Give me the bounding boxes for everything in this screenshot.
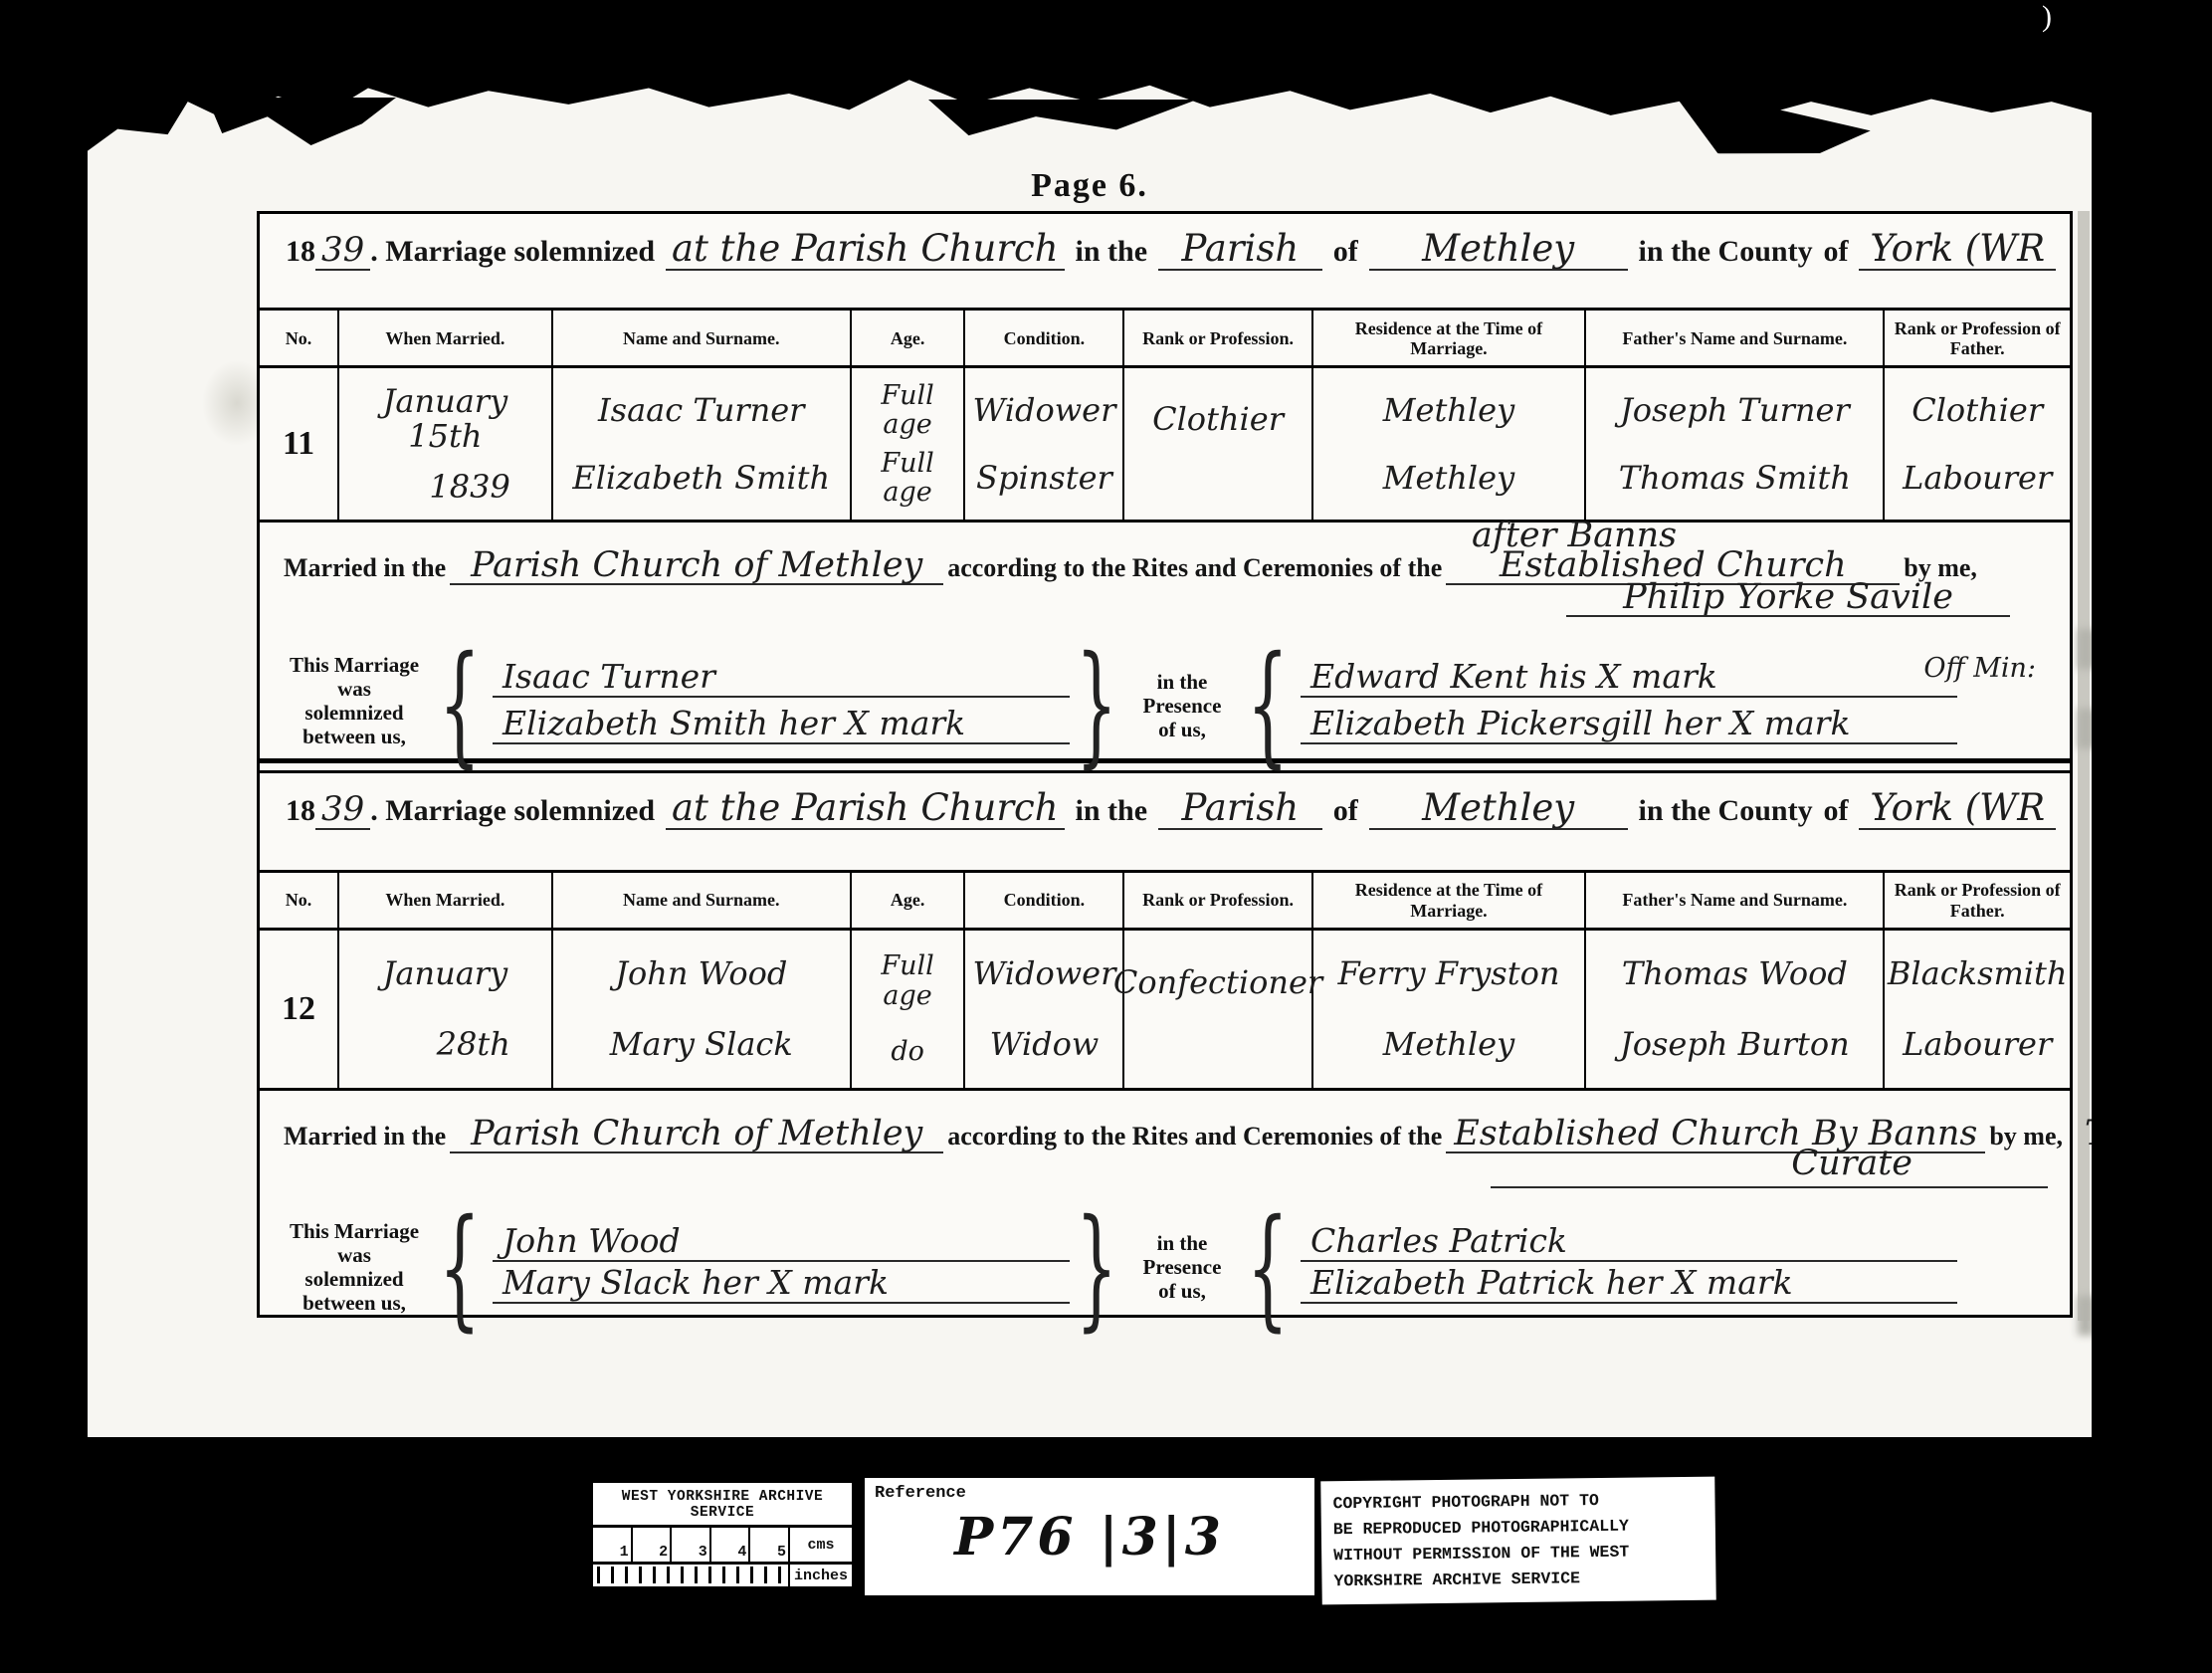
- label-line: solemnized: [276, 1267, 433, 1291]
- couple-signatures: Isaac Turner Elizabeth Smith her X mark: [487, 653, 1070, 758]
- page-number-label: Page 6.: [88, 167, 2092, 205]
- place-handwritten: at the Parish Church: [666, 789, 1065, 830]
- bleed-smudge: [2078, 709, 2094, 748]
- when-married-line2: 28th: [437, 1027, 510, 1062]
- groom-condition: Widower: [972, 393, 1115, 428]
- when-married-line1: January 15th: [343, 384, 547, 454]
- record-11-married-line: Married in the Parish Church of Methley …: [260, 523, 2070, 646]
- condition-cell: Widower Widow: [965, 931, 1124, 1088]
- in-the-label: in the: [1076, 235, 1148, 269]
- brace-open: {: [433, 600, 487, 811]
- year-prefix: 18: [286, 794, 315, 828]
- father-rank-cell: Clothier Labourer: [1885, 368, 2070, 520]
- officiant-title: Off Min:: [1923, 653, 2036, 684]
- column-header-residence: Residence at the Time of Marriage.: [1313, 873, 1587, 928]
- names-cell: Isaac Turner Elizabeth Smith: [553, 368, 852, 520]
- bride-name: Mary Slack: [610, 1027, 793, 1062]
- bride-age: do: [891, 1037, 924, 1067]
- groom-signature: Isaac Turner: [493, 658, 1070, 698]
- record-divider-rule: [260, 758, 2070, 773]
- label-line: in the: [1123, 670, 1241, 694]
- this-marriage-label: This Marriage was solemnized between us,: [276, 1219, 433, 1315]
- label-line: This Marriage: [276, 1219, 433, 1243]
- reference-caption: Reference: [875, 1484, 1305, 1503]
- record-12-signatures: This Marriage was solemnized between us,…: [260, 1213, 2070, 1315]
- residence-cell: Methley Methley: [1313, 368, 1587, 520]
- bride-residence: Methley: [1383, 1027, 1514, 1062]
- label-line: Presence: [1123, 694, 1241, 718]
- reference-label: Reference P76 |3|3: [862, 1475, 1317, 1598]
- presence-label: in the Presence of us,: [1123, 653, 1241, 758]
- married-place-handwritten: Parish Church of Methley: [450, 548, 943, 585]
- brace-open: {: [1241, 600, 1295, 811]
- cm-tick: 3: [672, 1528, 711, 1562]
- groom-name: Isaac Turner: [598, 393, 804, 428]
- bride-father-rank: Labourer: [1903, 461, 2052, 496]
- cm-tick: 2: [633, 1528, 673, 1562]
- rank-cell: Confectioner: [1124, 931, 1312, 1088]
- when-married-line2: 1839: [429, 470, 509, 505]
- column-header-rank: Rank or Profession.: [1124, 873, 1312, 928]
- county-handwritten: York (WR: [1859, 789, 2056, 830]
- by-me-label: by me,: [1989, 1122, 2063, 1150]
- cms-unit-label: cms: [790, 1528, 852, 1562]
- when-married-cell: January 15th 1839: [339, 368, 553, 520]
- bleed-smudge: [2078, 629, 2094, 669]
- cm-tick: 1: [593, 1528, 633, 1562]
- groom-residence: Methley: [1383, 393, 1514, 428]
- column-header-residence: Residence at the Time of Marriage.: [1313, 311, 1587, 365]
- brace-close: }: [1070, 1171, 1123, 1362]
- officiant-signature: Philip Yorke Savile: [1566, 580, 2010, 617]
- record-11-row: 11 January 15th 1839 Isaac Turner Elizab…: [260, 368, 2070, 523]
- rank-cell: Clothier: [1124, 368, 1312, 520]
- bride-condition: Spinster: [976, 461, 1112, 496]
- parish-name-handwritten: Methley: [1369, 230, 1628, 271]
- groom-name: John Wood: [615, 956, 787, 991]
- married-place-handwritten: Parish Church of Methley: [450, 1117, 943, 1153]
- groom-father: Joseph Turner: [1620, 393, 1850, 428]
- father-rank-cell: Blacksmith Labourer: [1885, 931, 2070, 1088]
- married-in-the-label: Married in the: [284, 553, 446, 582]
- officiant-signature-line: [1491, 1186, 2048, 1188]
- groom-rank: Clothier: [1152, 402, 1284, 437]
- cm-tick: 4: [711, 1528, 751, 1562]
- brace-open: {: [1241, 1171, 1295, 1362]
- year-prefix: 18: [286, 235, 315, 269]
- bride-condition: Widow: [990, 1027, 1100, 1062]
- groom-signature: John Wood: [493, 1222, 1070, 1262]
- entry-number: 12: [260, 931, 339, 1088]
- column-header-father-rank: Rank or Profession of Father.: [1885, 311, 2070, 365]
- bride-age: Full age: [856, 449, 960, 508]
- father-name-cell: Thomas Wood Joseph Burton: [1586, 931, 1885, 1088]
- archive-service-title: WEST YORKSHIRE ARCHIVE SERVICE: [593, 1483, 852, 1528]
- marriage-solemnized-label: . Marriage solemnized: [370, 794, 655, 828]
- of-label: of: [1824, 794, 1849, 828]
- bride-name: Elizabeth Smith: [572, 461, 830, 496]
- inch-ticks: [597, 1567, 784, 1583]
- bride-father: Joseph Burton: [1620, 1027, 1850, 1062]
- column-header-when-married: When Married.: [339, 873, 553, 928]
- age-cell: Full age do: [852, 931, 966, 1088]
- groom-residence: Ferry Fryston: [1337, 956, 1559, 991]
- county-label: in the County: [1639, 235, 1813, 269]
- label-line: of us,: [1123, 718, 1241, 741]
- column-header-name-surname: Name and Surname.: [553, 873, 852, 928]
- groom-father: Thomas Wood: [1622, 956, 1848, 991]
- witness-signatures: Charles Patrick Elizabeth Patrick her X …: [1295, 1219, 1957, 1315]
- witness-signatures: Edward Kent his X mark Elizabeth Pickers…: [1295, 653, 1957, 758]
- condition-cell: Widower Spinster: [965, 368, 1124, 520]
- page-edge-shadow: [2078, 211, 2090, 1321]
- record-12-row: 12 January 28th John Wood Mary Slack Ful…: [260, 931, 2070, 1091]
- groom-father-rank: Clothier: [1911, 393, 2043, 428]
- county-handwritten: York (WR: [1859, 230, 2056, 271]
- label-line: between us,: [276, 725, 433, 748]
- this-marriage-label: This Marriage was solemnized between us,: [276, 653, 433, 758]
- officiant-title: Curate: [1783, 1147, 1920, 1181]
- bleed-smudge: [2078, 1296, 2094, 1336]
- copyright-notice: COPYRIGHT PHOTOGRAPH NOT TO BE REPRODUCE…: [1320, 1477, 1715, 1605]
- column-header-rank: Rank or Profession.: [1124, 311, 1312, 365]
- inch-ruler: inches: [593, 1565, 852, 1586]
- register-page-scan: Page 6. 1839. Marriage solemnized at the…: [88, 72, 2092, 1437]
- table-header-row: No. When Married. Name and Surname. Age.…: [260, 870, 2070, 931]
- presence-label: in the Presence of us,: [1123, 1219, 1241, 1315]
- bride-father-rank: Labourer: [1903, 1027, 2052, 1062]
- column-header-no: No.: [260, 873, 339, 928]
- of-label: of: [1333, 794, 1358, 828]
- label-line: was: [276, 1243, 433, 1267]
- married-in-the-label: Married in the: [284, 1122, 446, 1150]
- column-header-no: No.: [260, 311, 339, 365]
- when-married-cell: January 28th: [339, 931, 553, 1088]
- label-line: solemnized: [276, 701, 433, 725]
- bride-father: Thomas Smith: [1619, 461, 1851, 496]
- column-header-age: Age.: [852, 873, 966, 928]
- label-line: of us,: [1123, 1279, 1241, 1303]
- marriage-solemnized-label: . Marriage solemnized: [370, 235, 655, 269]
- reference-number-handwritten: P76 |3|3: [875, 1507, 1305, 1568]
- county-label: in the County: [1639, 794, 1813, 828]
- record-11-signatures: This Marriage was solemnized between us,…: [260, 647, 2070, 758]
- witness-1-signature: Edward Kent his X mark: [1301, 658, 1957, 698]
- cm-ruler: 1 2 3 4 5 cms: [593, 1528, 852, 1565]
- couple-signatures: John Wood Mary Slack her X mark: [487, 1219, 1070, 1315]
- groom-age: Full age: [856, 951, 960, 1010]
- label-line: in the: [1123, 1231, 1241, 1255]
- year-handwritten: 39: [315, 233, 370, 271]
- when-married-line1: January: [383, 956, 508, 991]
- copyright-line: YORKSHIRE ARCHIVE SERVICE: [1333, 1565, 1704, 1595]
- column-header-father: Father's Name and Surname.: [1586, 311, 1885, 365]
- bride-residence: Methley: [1383, 461, 1514, 496]
- column-header-father: Father's Name and Surname.: [1586, 873, 1885, 928]
- cm-tick: 5: [750, 1528, 790, 1562]
- rites-label: according to the Rites and Ceremonies of…: [947, 1122, 1442, 1150]
- residence-cell: Ferry Fryston Methley: [1313, 931, 1587, 1088]
- column-header-when-married: When Married.: [339, 311, 553, 365]
- parish-word-handwritten: Parish: [1158, 230, 1322, 271]
- label-line: Presence: [1123, 1255, 1241, 1279]
- officiant-signature: Thos. B. Lumb: [2077, 1117, 2212, 1151]
- groom-father-rank: Blacksmith: [1888, 956, 2068, 991]
- bride-signature: Elizabeth Smith her X mark: [493, 705, 1070, 744]
- archive-service-label: WEST YORKSHIRE ARCHIVE SERVICE 1 2 3 4 5…: [589, 1479, 856, 1590]
- banns-note-handwritten: after Banns: [1464, 519, 1685, 553]
- entry-number: 11: [260, 368, 339, 520]
- witness-1-signature: Charles Patrick: [1301, 1222, 1957, 1262]
- brace-close: }: [1070, 600, 1123, 811]
- label-line: This Marriage: [276, 653, 433, 677]
- age-cell: Full age Full age: [852, 368, 966, 520]
- column-header-age: Age.: [852, 311, 966, 365]
- column-header-father-rank: Rank or Profession of Father.: [1885, 873, 2070, 928]
- names-cell: John Wood Mary Slack: [553, 931, 852, 1088]
- record-12-header-line: 1839. Marriage solemnized at the Parish …: [260, 773, 2070, 870]
- record-11-header-line: 1839. Marriage solemnized at the Parish …: [260, 214, 2070, 308]
- father-name-cell: Joseph Turner Thomas Smith: [1586, 368, 1885, 520]
- witness-2-signature: Elizabeth Pickersgill her X mark: [1301, 705, 1957, 744]
- place-handwritten: at the Parish Church: [666, 230, 1065, 271]
- inches-unit-label: inches: [790, 1565, 852, 1586]
- marriage-register-box: 1839. Marriage solemnized at the Parish …: [257, 211, 2073, 1318]
- label-line: was: [276, 677, 433, 701]
- groom-condition: Widower: [972, 956, 1115, 991]
- witness-2-signature: Elizabeth Patrick her X mark: [1301, 1264, 1957, 1304]
- column-header-condition: Condition.: [965, 873, 1124, 928]
- of-label: of: [1333, 235, 1358, 269]
- column-header-name-surname: Name and Surname.: [553, 311, 852, 365]
- column-header-condition: Condition.: [965, 311, 1124, 365]
- table-header-row: No. When Married. Name and Surname. Age.…: [260, 308, 2070, 368]
- record-12-married-line: Married in the Parish Church of Methley …: [260, 1091, 2070, 1213]
- groom-rank: Confectioner: [1113, 965, 1322, 1000]
- year-handwritten: 39: [315, 792, 370, 830]
- stray-paren-mark: ): [2042, 0, 2052, 34]
- label-line: between us,: [276, 1291, 433, 1315]
- of-label: of: [1824, 235, 1849, 269]
- groom-age: Full age: [856, 381, 960, 440]
- bride-signature: Mary Slack her X mark: [493, 1264, 1070, 1304]
- parish-name-handwritten: Methley: [1369, 789, 1628, 830]
- brace-open: {: [433, 1171, 487, 1362]
- rites-label: according to the Rites and Ceremonies of…: [947, 553, 1442, 582]
